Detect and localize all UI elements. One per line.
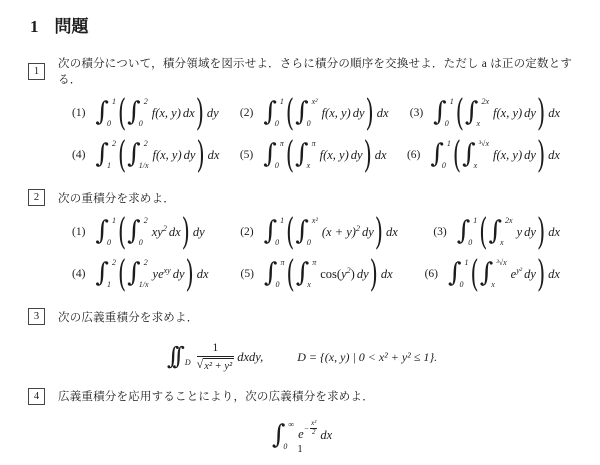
upper-limit: 1 (450, 98, 454, 106)
integrand-part: f(x, y) (153, 148, 182, 162)
superscript: y² (516, 265, 522, 274)
math-item: (4)∫21(∫21/xyexydy)dx (72, 254, 209, 294)
parenthesis: ) (537, 95, 545, 132)
integral-limits: 10 (447, 98, 454, 128)
item-label: (1) (72, 226, 85, 238)
integral: ∫³√xx (480, 259, 508, 289)
integral: ∫21 (95, 140, 117, 170)
outer-differential: dy (193, 225, 205, 240)
upper-limit: 2x (481, 98, 489, 106)
inner-differential: dy (173, 267, 185, 282)
problem-2-rows: (1)∫10(∫20xy2dx)dy(2)∫10(∫x²0(x + y)2dy)… (28, 212, 576, 294)
section-heading: 1 問題 (30, 12, 576, 37)
inner-differential: dy (524, 225, 536, 240)
upper-limit: 1 (280, 217, 284, 225)
integrand: f(x, y) (322, 106, 351, 121)
parenthesis: ) (537, 256, 545, 293)
parenthesis: ( (471, 256, 479, 293)
problem-2-header: 2 次の重積分を求めよ． (28, 189, 576, 206)
upper-limit: 1 (473, 217, 477, 225)
inner-differential: dy (362, 225, 374, 240)
integral: ∫³√xx (462, 140, 490, 170)
parenthesis: ) (182, 214, 190, 251)
integrand-part: f(x, y) (320, 148, 349, 162)
integral-sign-icon: ∫ (95, 99, 109, 125)
integrand-part: y (517, 225, 523, 239)
equation-row: (4)∫21(∫21/xf(x, y)dy)dx(5)∫π0(∫πxf(x, y… (28, 135, 576, 175)
upper-limit: π (312, 140, 316, 148)
item-label: (5) (241, 268, 254, 280)
double-integral-sign: ∫ ∫ D (167, 345, 191, 369)
integrand: f(x, y) (320, 148, 349, 163)
upper-limit: ∞ (288, 421, 294, 429)
integrand: (x + y)2 (322, 225, 360, 240)
integral: ∫10 (433, 98, 455, 128)
integral-sign-icon: ∫ (263, 99, 277, 125)
inner-differential: dy (353, 106, 365, 121)
integral: ∫10 (448, 259, 470, 289)
integral: ∫x²0 (295, 98, 319, 128)
integrand-part: y2 (341, 267, 351, 281)
parenthesis: ) (364, 137, 372, 174)
integral-limits: 10 (277, 98, 284, 128)
outer-differential: dy (207, 106, 219, 121)
math-item: (1)∫10(∫20xy2dx)dy (72, 212, 205, 252)
page-number: 1 (0, 443, 600, 455)
problem-statement: 次の重積分を求めよ． (58, 190, 175, 206)
upper-limit: 2 (144, 259, 148, 267)
parenthesis: ) (366, 95, 374, 132)
problem-4: 4 広義重積分を応用することにより，次の広義積分を求めよ． ∫ ∞ 0 e−x²… (28, 388, 576, 451)
math-item: (5)∫π0(∫πxcos(y2)dy)dx (241, 254, 393, 294)
integral-limits: 21/x (141, 259, 149, 289)
upper-limit: 2x (505, 217, 513, 225)
inner-differential: dy (524, 148, 536, 163)
integral: ∫21/x (127, 259, 149, 289)
integral: ∫20 (127, 217, 149, 247)
upper-limit: 2 (144, 140, 148, 148)
problem-2: 2 次の重積分を求めよ． (1)∫10(∫20xy2dx)dy(2)∫10(∫x… (28, 189, 576, 294)
integrand: ey² (511, 267, 523, 282)
parenthesis: ( (479, 214, 487, 251)
problem-1: 1 次の積分について，積分領域を図示せよ．さらに積分の順序を交換せよ．ただし a… (28, 55, 576, 175)
integrand-part: ey² (511, 267, 523, 281)
inner-differential: dx (169, 225, 181, 240)
item-label: (4) (72, 268, 85, 280)
integral-sign-icon: ∫ (263, 141, 277, 167)
integrand-part: f(x, y) (493, 106, 522, 120)
integrand: cos(y2) (320, 267, 355, 282)
radical-icon: √ (197, 358, 204, 370)
inner-differential: dy (524, 106, 536, 121)
integral-sign-icon: ∫ (127, 141, 141, 167)
integrand-part: exy (158, 267, 171, 281)
math-item: (6)∫10(∫³√xxf(x, y)dy)dx (407, 135, 560, 175)
parenthesis: ) (196, 137, 204, 174)
integral: ∫x²0 (295, 217, 319, 247)
integral: ∫10 (95, 217, 117, 247)
integral-expression: ∫10(∫2xxydy)dx (457, 212, 560, 252)
problem-4-header: 4 広義重積分を応用することにより，次の広義積分を求めよ． (28, 388, 576, 405)
integral-limits: πx (309, 140, 316, 170)
upper-limit: ³√x (496, 259, 506, 267)
upper-limit: π (280, 259, 284, 267)
integrand: f(x, y) (493, 106, 522, 121)
integral-sign-icon: ∫ (462, 141, 476, 167)
equation-row: (1)∫10(∫20xy2dx)dy(2)∫10(∫x²0(x + y)2dy)… (28, 212, 576, 252)
parenthesis: ) (375, 214, 383, 251)
integral-limits: πx (309, 259, 316, 289)
upper-limit: 1 (447, 140, 451, 148)
integral-limits: ³√xx (493, 259, 506, 289)
integral-sign-icon: ∫ (295, 99, 309, 125)
integral-expression: ∫10(∫x²0f(x, y)dy)dx (263, 93, 388, 133)
exponent-fraction: x²2 (310, 420, 317, 436)
upper-limit: 1 (112, 217, 116, 225)
integral-sign-icon: ∫ (296, 260, 310, 286)
math-item: (6)∫10(∫³√xxey²dy)dx (425, 254, 560, 294)
integral-expression: ∫21(∫21/xyexydy)dx (95, 254, 208, 294)
section-title: 問題 (55, 12, 89, 37)
integrand-part: f(x, y) (152, 106, 181, 120)
integral-limits: 21 (109, 140, 116, 170)
integrand: f(x, y) (152, 106, 181, 121)
integral-limits: 20 (141, 217, 148, 247)
upper-limit: π (312, 259, 316, 267)
outer-differential: dx (197, 267, 209, 282)
problem-statement: 次の広義重積分を求めよ． (58, 309, 198, 325)
document-page: 1 問題 1 次の積分について，積分領域を図示せよ．さらに積分の順序を交換せよ．… (0, 0, 600, 451)
outer-differential: dx (386, 225, 398, 240)
integral-sign-icon: ∫ (127, 218, 141, 244)
outer-differential: dx (548, 148, 560, 163)
integrand-part: f(x, y) (322, 106, 351, 120)
integral-limits: ³√xx (476, 140, 489, 170)
integral-sign-icon: ∫ (295, 218, 309, 244)
integral-sign-icon: ∫ (172, 344, 185, 368)
problem-number-box: 4 (28, 388, 45, 405)
integral-limits: π0 (277, 259, 284, 289)
integral-limits: 10 (462, 259, 469, 289)
integral: ∫10 (430, 140, 452, 170)
integral-sign-icon: ∫ (127, 260, 141, 286)
outer-differential: dx (381, 267, 393, 282)
math-item: (4)∫21(∫21/xf(x, y)dy)dx (72, 135, 219, 175)
integral-limits: 20 (141, 98, 148, 128)
problem-number-box: 3 (28, 308, 45, 325)
integrand-part: cos( (320, 267, 341, 281)
parenthesis: ( (118, 214, 126, 251)
integral-expression: ∫π0(∫πxcos(y2)dy)dx (264, 254, 393, 294)
math-item: (2)∫10(∫x²0(x + y)2dy)dx (240, 212, 398, 252)
math-item: (3)∫10(∫2xxydy)dx (433, 212, 560, 252)
radicand: x² + y² (203, 358, 234, 373)
integrand: y (517, 225, 523, 240)
outer-differential: dx (548, 267, 560, 282)
math-item: (1)∫10(∫20f(x, y)dx)dy (72, 93, 219, 133)
inner-differential: dy (351, 148, 363, 163)
integral: ∫10 (264, 217, 286, 247)
integral-sign-icon: ∫ (457, 218, 471, 244)
integrand: f(x, y) (153, 148, 182, 163)
upper-limit: x² (312, 98, 318, 106)
parenthesis: ( (453, 137, 461, 174)
integral-expression: ∫10(∫x²0(x + y)2dy)dx (264, 212, 398, 252)
problem-1-rows: (1)∫10(∫20f(x, y)dx)dy(2)∫10(∫x²0f(x, y)… (28, 93, 576, 175)
integral-expression: ∫π0(∫πxf(x, y)dy)dx (263, 135, 386, 175)
upper-limit: 2 (112, 140, 116, 148)
item-label: (5) (240, 149, 253, 161)
parenthesis: ( (286, 137, 294, 174)
parenthesis: ( (286, 214, 294, 251)
differential: dxdy, (237, 350, 263, 365)
parenthesis: ( (118, 95, 126, 132)
integral-limits: π0 (277, 140, 284, 170)
integral-expression: ∫10(∫20xy2dx)dy (95, 212, 204, 252)
integral-expression: ∫10(∫³√xxf(x, y)dy)dx (430, 135, 560, 175)
integral-limits: 10 (109, 98, 116, 128)
upper-limit: 1 (465, 259, 469, 267)
integral-sign-icon: ∫ (430, 141, 444, 167)
integral: ∫10 (457, 217, 479, 247)
equation-row: (4)∫21(∫21/xyexydy)dx(5)∫π0(∫πxcos(y2)dy… (28, 254, 576, 294)
integrand: f(x, y) (493, 148, 522, 163)
item-label: (4) (72, 149, 85, 161)
exponent: −x²2 (304, 420, 318, 436)
problem-3-equation: ∫ ∫ D 1 √ x² + y² dxdy, D = {(x, y) | 0 … (28, 341, 576, 374)
integral-sign-icon: ∫ (448, 260, 462, 286)
problem-3: 3 次の広義重積分を求めよ． ∫ ∫ D 1 √ x² + y² dxdy, D… (28, 308, 576, 374)
parenthesis: ( (286, 95, 294, 132)
integral-sign-icon: ∫ (127, 99, 141, 125)
integrand: yexy (153, 267, 171, 282)
item-label: (3) (433, 226, 446, 238)
integral-expression: ∫10(∫2xxf(x, y)dy)dx (433, 93, 560, 133)
integral-sign-icon: ∫ (480, 260, 494, 286)
upper-limit: 2 (144, 217, 148, 225)
integral-limits: 2xx (502, 217, 513, 247)
domain-subscript: D (185, 358, 191, 367)
domain-definition: D = {(x, y) | 0 < x² + y² ≤ 1}. (297, 350, 437, 365)
equation-row: (1)∫10(∫20f(x, y)dx)dy(2)∫10(∫x²0f(x, y)… (28, 93, 576, 133)
integrand-part: xy2 (152, 225, 167, 239)
integral: ∫10 (95, 98, 117, 128)
integral-sign-icon: ∫ (433, 99, 447, 125)
integral-sign-icon: ∫ (489, 218, 503, 244)
integral-limits: 10 (109, 217, 116, 247)
outer-differential: dx (548, 106, 560, 121)
integral-limits: x²0 (309, 98, 318, 128)
differential: dx (320, 428, 332, 443)
upper-limit: π (280, 140, 284, 148)
fraction: 1 √ x² + y² (197, 341, 235, 374)
integral: ∫21 (95, 259, 117, 289)
upper-limit: 2 (144, 98, 148, 106)
item-label: (3) (410, 107, 423, 119)
integral-expression: ∫10(∫³√xxey²dy)dx (448, 254, 560, 294)
integral-limits: 21/x (141, 140, 149, 170)
superscript: 2 (163, 223, 167, 232)
integral: ∫21/x (127, 140, 149, 170)
item-label: (6) (425, 268, 438, 280)
integral: ∫20 (127, 98, 149, 128)
integral-limits: 2xx (478, 98, 489, 128)
parenthesis: ( (286, 256, 294, 293)
integral-expression: ∫21(∫21/xf(x, y)dy)dx (95, 135, 219, 175)
upper-limit: x² (312, 217, 318, 225)
outer-differential: dx (208, 148, 220, 163)
outer-differential: dx (548, 225, 560, 240)
upper-limit: 1 (280, 98, 284, 106)
problem-number-box: 2 (28, 189, 45, 206)
parenthesis: ) (537, 214, 545, 251)
problem-number-box: 1 (28, 63, 45, 80)
fraction-denominator: √ x² + y² (197, 357, 235, 373)
integral-limits: 10 (444, 140, 451, 170)
problem-3-header: 3 次の広義重積分を求めよ． (28, 308, 576, 325)
integral: ∫10 (263, 98, 285, 128)
math-item: (5)∫π0(∫πxf(x, y)dy)dx (240, 135, 387, 175)
integral-sign-icon: ∫ (95, 218, 109, 244)
integral-sign-icon: ∫ (95, 260, 109, 286)
integral-sign-icon: ∫ (264, 260, 278, 286)
integrand: xy2 (152, 225, 167, 240)
math-item: (2)∫10(∫x²0f(x, y)dy)dx (240, 93, 389, 133)
outer-differential: dx (377, 106, 389, 121)
item-label: (2) (240, 107, 253, 119)
integral: ∫π0 (264, 259, 286, 289)
parenthesis: ) (370, 256, 378, 293)
inner-differential: dy (524, 267, 536, 282)
superscript: xy (164, 265, 171, 274)
problem-statement: 次の積分について，積分領域を図示せよ．さらに積分の順序を交換せよ．ただし a は… (58, 55, 576, 87)
parenthesis: ( (118, 256, 126, 293)
integral-sign-icon: ∫ (95, 141, 109, 167)
integrand-part: f(x, y) (493, 148, 522, 162)
item-label: (6) (407, 149, 420, 161)
math-item: (3)∫10(∫2xxf(x, y)dy)dx (410, 93, 560, 133)
integral: ∫π0 (263, 140, 285, 170)
integral-expression: ∫10(∫20f(x, y)dx)dy (95, 93, 218, 133)
parenthesis: ) (196, 95, 204, 132)
parenthesis: ( (118, 137, 126, 174)
upper-limit: 2 (112, 259, 116, 267)
integrand: e−x²2 (298, 427, 317, 444)
integral: ∫2xx (489, 217, 514, 247)
upper-limit: 1 (112, 98, 116, 106)
item-label: (1) (72, 107, 85, 119)
integral: ∫2xx (465, 98, 490, 128)
integral-limits: x²0 (309, 217, 318, 247)
inner-differential: dy (357, 267, 369, 282)
parenthesis: ( (456, 95, 464, 132)
integral-limits: 21 (109, 259, 116, 289)
integral-limits: 10 (277, 217, 284, 247)
integral-limits: 10 (470, 217, 477, 247)
integral-sign-icon: ∫ (465, 99, 479, 125)
outer-differential: dx (375, 148, 387, 163)
integral: ∫πx (295, 140, 317, 170)
integrand-part: ) (351, 267, 355, 281)
upper-limit: ³√x (479, 140, 489, 148)
parenthesis: ) (186, 256, 194, 293)
item-label: (2) (240, 226, 253, 238)
exponent-sign: − (304, 424, 309, 433)
integral-sign-icon: ∫ (264, 218, 278, 244)
inner-differential: dx (183, 106, 195, 121)
integrand-part: (x + y)2 (322, 225, 360, 239)
integral: ∫πx (296, 259, 318, 289)
superscript: 2 (356, 223, 360, 232)
integral-sign-icon: ∫ (295, 141, 309, 167)
fraction-numerator: 1 (199, 341, 233, 356)
exponent-denominator: 2 (312, 429, 316, 437)
parenthesis: ) (537, 137, 545, 174)
inner-differential: dy (184, 148, 196, 163)
problem-1-header: 1 次の積分について，積分領域を図示せよ．さらに積分の順序を交換せよ．ただし a… (28, 55, 576, 87)
section-number: 1 (30, 17, 39, 37)
problem-statement: 広義重積分を応用することにより，次の広義積分を求めよ． (58, 388, 374, 404)
